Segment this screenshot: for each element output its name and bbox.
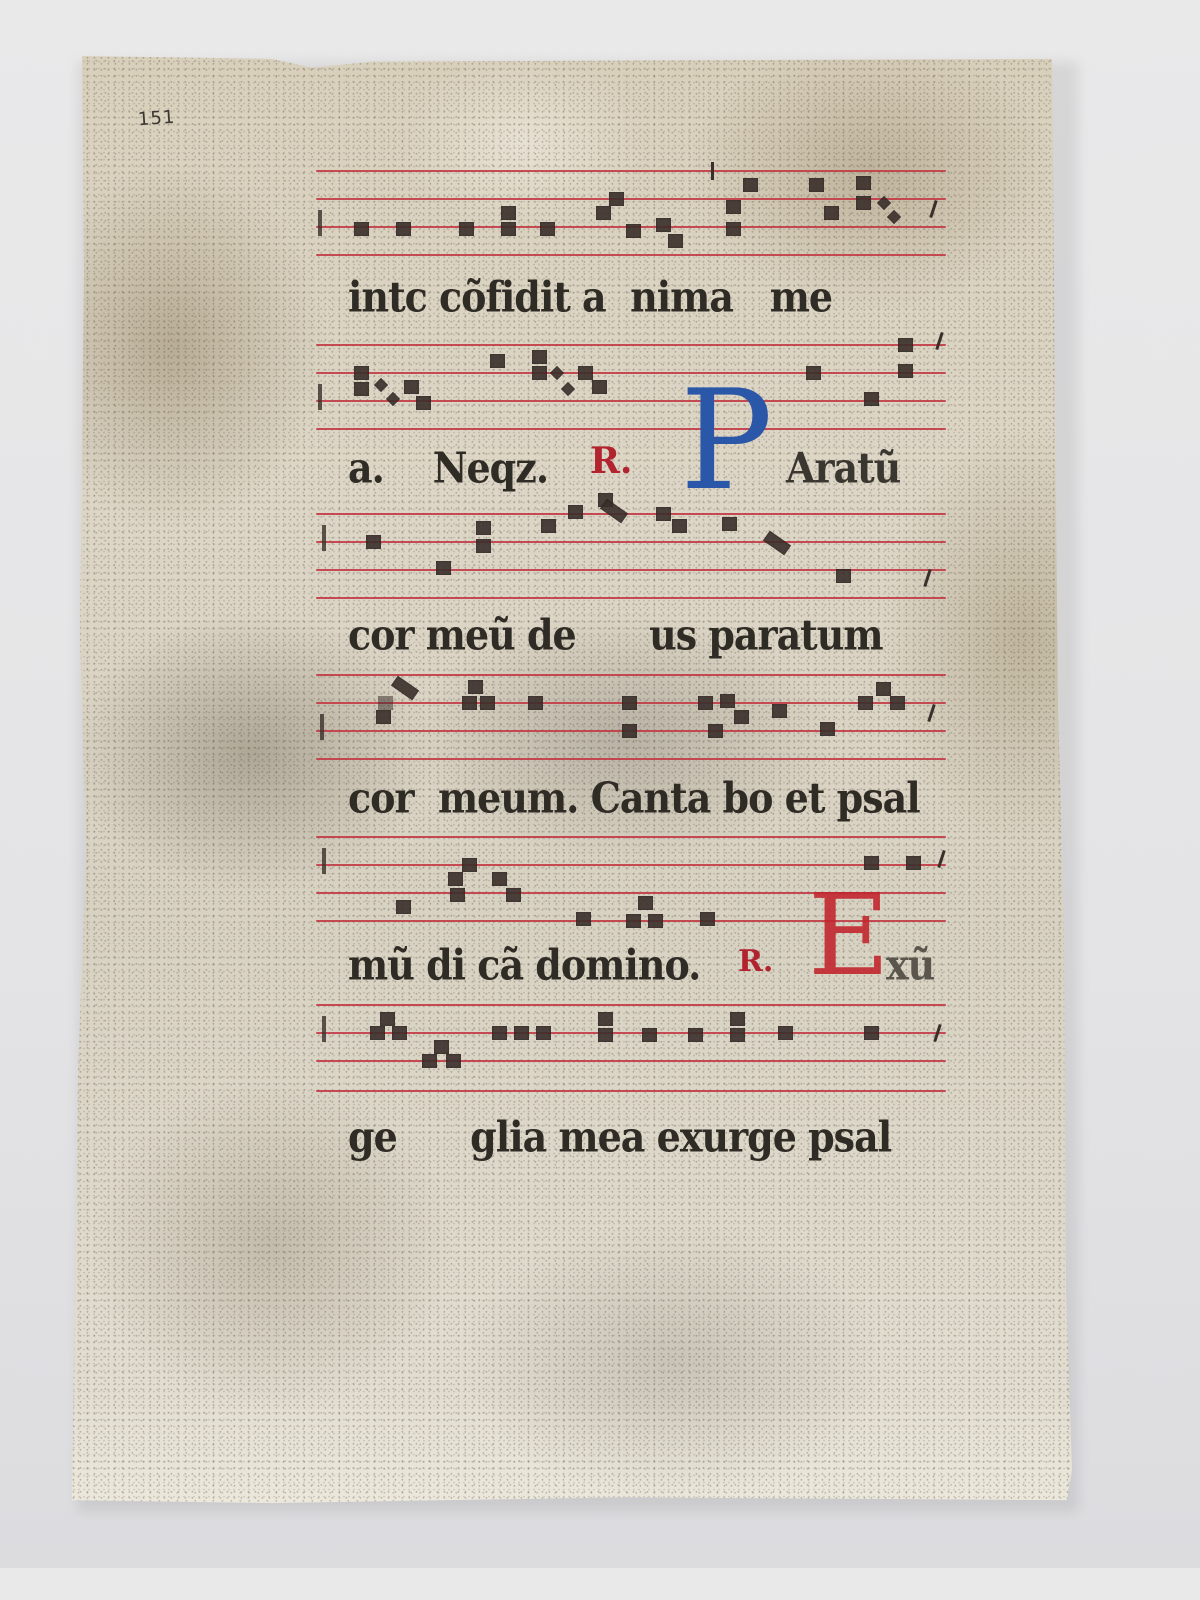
lyric-line-5-continuation: xũ — [886, 940, 934, 990]
staff-1 — [316, 170, 946, 260]
staff-2 — [316, 344, 946, 434]
staff-6 — [316, 1004, 946, 1094]
response-sign: R. — [738, 944, 773, 979]
c-clef-icon — [322, 848, 326, 874]
c-clef-icon — [318, 210, 322, 236]
staff-4 — [316, 674, 946, 764]
lyric-line-5: mũ di cã domino. — [348, 940, 700, 990]
response-sign: R. — [590, 440, 632, 482]
red-initial-E: E — [808, 880, 890, 992]
c-clef-icon — [320, 714, 324, 740]
c-clef-icon — [322, 1016, 326, 1042]
c-clef-icon — [318, 384, 322, 410]
lyric-line-1: intc cõfidit a nima me — [348, 272, 832, 322]
lyric-line-3: cor meũ de us paratum — [348, 610, 883, 660]
blue-initial-P: P — [680, 372, 773, 510]
folio-number: 151 — [137, 107, 176, 131]
staff-3 — [316, 513, 946, 603]
lyric-line-4: cor meum. Canta bo et psal — [348, 773, 920, 823]
lyric-line-2: a. Neqz. — [348, 443, 548, 493]
lyric-line-6: ge glia mea exurge psal — [348, 1112, 891, 1162]
c-clef-icon — [322, 525, 326, 551]
lyric-line-2-continuation: Aratũ — [786, 443, 900, 493]
